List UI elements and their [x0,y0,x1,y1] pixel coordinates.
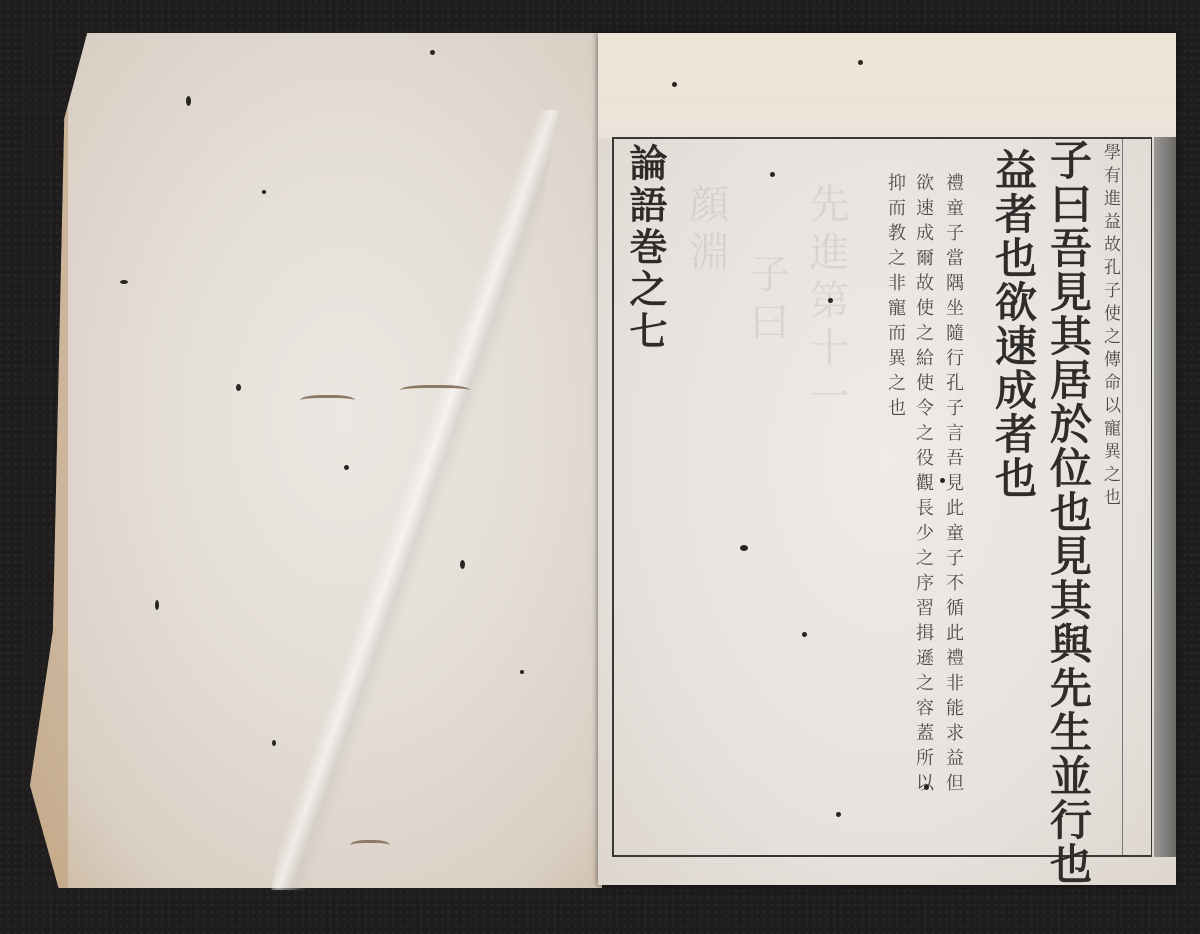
tear-mark [400,385,470,398]
wormhole [520,670,524,674]
wormhole [836,812,841,817]
wormhole [120,280,128,284]
top-margin [598,33,1176,138]
page-edge-shadow [1154,137,1176,857]
wormhole [344,465,349,470]
commentary-column: 抑而教之非寵而異之也 [882,173,908,423]
commentary-column: 禮童子當隅坐隨行孔子言吾見此童子不循此禮非能求益但 [940,173,966,798]
wormhole [262,190,266,194]
show-through-text: 顔淵 [678,183,735,279]
show-through-text: 先進第十一 [798,183,855,423]
wormhole [272,740,276,746]
wormhole [236,384,241,391]
wormhole [828,298,833,303]
wormhole [770,172,775,177]
tear-mark [350,840,390,853]
commentary-column: 欲速成爾故使之給使令之役觀長少之序習揖遜之容蓋所以 [910,173,936,798]
wormhole [430,50,435,55]
wormhole [924,784,929,790]
commentary-column: 學有進益故孔子使之傳命以寵異之也 [1098,143,1123,511]
wormhole [155,600,159,610]
volume-title: 論語巻之七 [618,143,673,353]
wormhole [740,545,748,551]
wormhole [460,560,465,569]
main-text-column: 子曰吾見其居於位也見其與先生並行也 [1038,138,1098,886]
wormhole [940,478,945,483]
right-printed-page: 先進第十一 子曰 顔淵 論語巻之七 抑而教之非寵而異之也 欲速成爾故使之給使令之… [598,33,1176,885]
wormhole [802,632,807,637]
show-through-text: 子曰 [738,253,795,349]
wormhole [672,82,677,87]
wormhole [858,60,863,65]
main-text-column: 益者也欲速成者也 [983,148,1043,500]
tear-mark [300,395,355,408]
wormhole [186,96,191,106]
